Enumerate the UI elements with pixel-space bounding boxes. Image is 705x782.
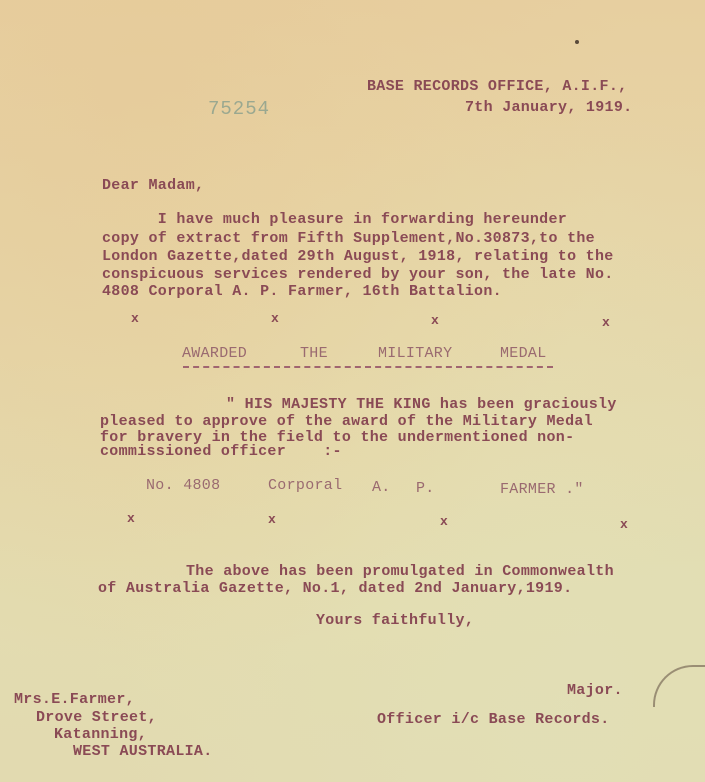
separator-mark: x: [440, 514, 448, 529]
addressee-line-4: WEST AUSTRALIA.: [73, 743, 213, 760]
award-heading-word: THE: [300, 345, 328, 362]
body-line-4: conspicuous services rendered by your so…: [102, 266, 614, 283]
paper-spot: [575, 40, 579, 44]
body-line-2: copy of extract from Fifth Supplement,No…: [102, 230, 595, 247]
separator-mark: x: [131, 311, 139, 326]
letter-date: 7th January, 1919.: [465, 99, 632, 116]
promulgation-line-1: The above has been promulgated in Common…: [186, 563, 614, 580]
addressee-line-2: Drove Street,: [36, 709, 157, 726]
paper-curl: [653, 665, 705, 707]
recipient-number: No. 4808: [146, 477, 220, 494]
heading-underline: [183, 366, 553, 368]
body-line-5: 4808 Corporal A. P. Farmer, 16th Battali…: [102, 283, 502, 300]
award-heading-word: MILITARY: [378, 345, 452, 362]
recipient-surname: FARMER .": [500, 481, 584, 498]
award-heading-word: AWARDED: [182, 345, 247, 362]
body-line-1: I have much pleasure in forwarding hereu…: [102, 211, 567, 228]
award-heading-word: MEDAL: [500, 345, 547, 362]
separator-mark: x: [127, 511, 135, 526]
signature-title: Officer i/c Base Records.: [377, 711, 610, 728]
citation-line-2: pleased to approve of the award of the M…: [100, 413, 593, 430]
separator-mark: x: [431, 313, 439, 328]
separator-mark: x: [268, 512, 276, 527]
salutation: Dear Madam,: [102, 177, 204, 194]
letterhead-office: BASE RECORDS OFFICE, A.I.F.,: [367, 78, 627, 95]
citation-line-4: commissioned officer :-: [100, 443, 342, 460]
body-line-3: London Gazette,dated 29th August, 1918, …: [102, 248, 614, 265]
recipient-rank: Corporal: [268, 477, 342, 494]
citation-line-1: " HIS MAJESTY THE KING has been gracious…: [226, 396, 617, 413]
recipient-initial-1: A.: [372, 479, 391, 496]
recipient-initial-2: P.: [416, 480, 435, 497]
separator-mark: x: [602, 315, 610, 330]
promulgation-line-2: of Australia Gazette, No.1, dated 2nd Ja…: [98, 580, 572, 597]
signature-rank: Major.: [567, 682, 623, 699]
reference-stamp: 75254: [208, 98, 270, 120]
addressee-line-1: Mrs.E.Farmer,: [14, 691, 135, 708]
separator-mark: x: [271, 311, 279, 326]
closing: Yours faithfully,: [316, 612, 474, 629]
addressee-line-3: Katanning,: [54, 726, 147, 743]
separator-mark: x: [620, 517, 628, 532]
letter-page: BASE RECORDS OFFICE, A.I.F., 7th January…: [0, 0, 705, 782]
